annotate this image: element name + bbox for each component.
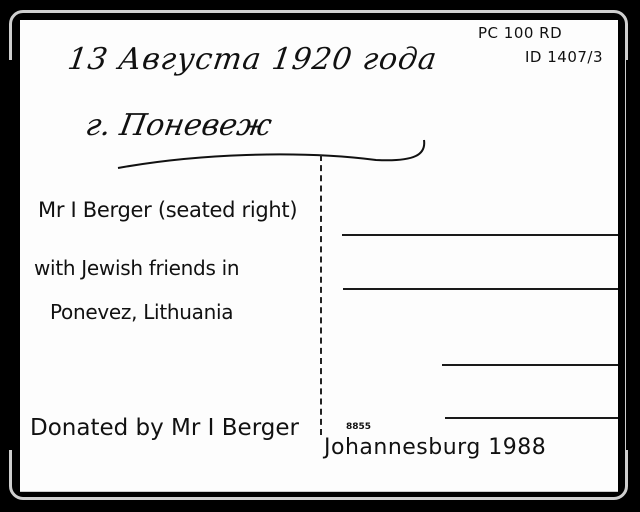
decorative-underline-swash bbox=[116, 132, 436, 172]
frame-gap-left bbox=[0, 60, 20, 450]
donation-note: Donated by Mr I Berger bbox=[30, 415, 299, 441]
location-year-note: Johannesburg 1988 bbox=[324, 435, 546, 460]
address-divider-line bbox=[320, 155, 322, 435]
address-line-4 bbox=[445, 417, 618, 419]
address-line-1 bbox=[342, 234, 618, 236]
handwritten-date: 13 Августа 1920 года bbox=[66, 42, 440, 77]
archive-id-number: ID 1407/3 bbox=[525, 48, 603, 66]
frame-gap-right bbox=[626, 60, 640, 450]
card-bottom-edge bbox=[20, 491, 618, 492]
caption-line-3: Ponevez, Lithuania bbox=[50, 300, 233, 324]
postcard-back: PC 100 RD ID 1407/3 13 Августа 1920 года… bbox=[20, 20, 618, 492]
caption-line-2: with Jewish friends in bbox=[34, 256, 239, 280]
stamped-number: 8855 bbox=[346, 422, 371, 432]
address-line-3 bbox=[442, 364, 618, 366]
caption-line-1: Mr I Berger (seated right) bbox=[38, 198, 297, 222]
address-line-2 bbox=[343, 288, 618, 290]
archive-reference-code: PC 100 RD bbox=[478, 24, 562, 42]
